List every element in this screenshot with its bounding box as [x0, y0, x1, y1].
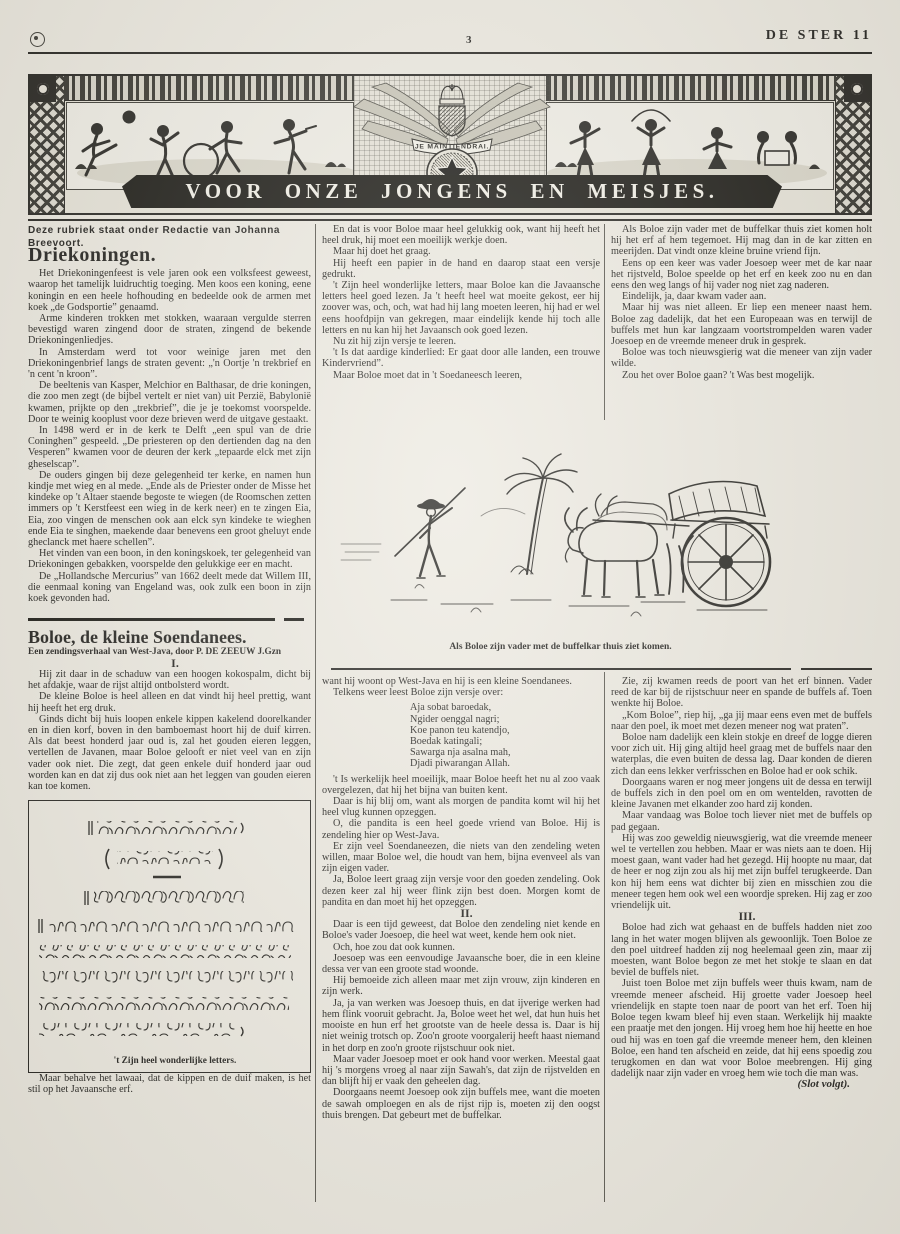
paragraph: Telkens weer leest Boloe zijn versje ove… [322, 687, 600, 698]
column-rule-right-lower [604, 672, 605, 1202]
paragraph: Daar is hij blij om, want als morgen de … [322, 796, 600, 818]
paragraph: Ja, ja van werken was Joesoep thuis, en … [322, 998, 600, 1054]
paragraph: Nu zit hij zijn versje te leeren. [322, 336, 600, 347]
masthead-title: DE STER 11 [766, 28, 872, 44]
verse-line: Koe panon teu katendjo, [410, 725, 600, 736]
paragraph: Het vinden van een boon, in den koningsk… [28, 548, 311, 570]
verse-line: Boedak katingali; [410, 736, 600, 747]
paragraph: Hij was zoo geweldig nieuwsgierig, wat d… [611, 833, 872, 911]
article-title-boloe: Boloe, de kleine Soendanees. [28, 632, 311, 643]
paragraph: In 1498 werd er in de kerk te Delft „een… [28, 425, 311, 470]
paragraph: Er zijn veel Soendaneezen, die niets van… [322, 841, 600, 875]
ornament-band-right [546, 76, 836, 101]
paragraph: Juist toen Boloe met zijn buffels weer t… [611, 978, 872, 1079]
illustration-rule [331, 668, 791, 670]
verse-line: Ngider oenggal nagri; [410, 714, 600, 725]
paragraph: Joesoep was een eenvoudige Javaansche bo… [322, 953, 600, 975]
javanese-script-box: 't Zijn heel wonderlijke letters. [28, 800, 311, 1072]
column-3-lower: Zie, zij kwamen reeds de poort van het e… [611, 676, 872, 1091]
paragraph: Eens op een keer was vader Joesoep weer … [611, 258, 872, 292]
column-mark: 3 [466, 34, 472, 46]
article-title-driekoningen: Driekoningen. [28, 250, 311, 261]
section-label-2: II. [322, 908, 600, 919]
corner-flower-icon [844, 76, 870, 102]
sundanese-verse: Aja sobat baroedak,Ngider oenggal nagri;… [410, 702, 600, 769]
column-2-upper: En dat is voor Boloe maar heel gelukkig … [322, 224, 600, 381]
paragraph: De beeltenis van Kasper, Melchior en Bal… [28, 380, 311, 425]
column-3-upper: Als Boloe zijn vader met de buffelkar th… [611, 224, 872, 381]
closing-note: (Slot volgt). [611, 1079, 872, 1090]
column-rule-right-upper [604, 224, 605, 420]
paragraph: De kleine Boloe is heel alleen en dat vi… [28, 691, 311, 713]
corner-flower-icon [30, 76, 56, 102]
section-label-1: I. [28, 658, 311, 669]
buffalo-cart-illustration [331, 424, 790, 664]
paragraph: Boloe was toch nieuwsgierig wat die mene… [611, 347, 872, 369]
verse-line: Djadi piwarangan Allah. [410, 758, 600, 769]
paragraph: Hij heeft een papier in de hand en daaro… [322, 258, 600, 280]
masthead: 3 DE STER 11 [28, 28, 872, 50]
paragraph: Doorgaans neemt Joesoep ook zijn buffels… [322, 1087, 600, 1121]
paragraph: Het Driekoningenfeest is vele jaren ook … [28, 268, 311, 313]
paragraph: En dat is voor Boloe maar heel gelukkig … [322, 224, 600, 246]
paragraph: want hij woont op West-Java en hij is ee… [322, 676, 600, 687]
paragraph: Maar hij doet het graag. [322, 246, 600, 257]
script-box-caption: 't Zijn heel wonderlijke letters. [33, 1056, 306, 1067]
column-1: Deze rubriek staat onder Redactie van Jo… [28, 224, 311, 1095]
paragraph: Ginds dicht bij huis loopen enkele kippe… [28, 714, 311, 792]
illustration-rule-end [801, 668, 872, 670]
paragraph: De „Hollandsche Mercurius” van 1662 deel… [28, 571, 311, 605]
paragraph: O, die pandita is een heel goede vriend … [322, 818, 600, 840]
paragraph: 't Zijn heel wonderlijke letters, maar B… [322, 280, 600, 336]
paragraph: Boloe had zich wat gehaast en de buffels… [611, 922, 872, 978]
banner-bottom-rule [28, 219, 872, 221]
flower-stamp-icon [30, 32, 45, 47]
section-label-3: III. [611, 911, 872, 922]
paragraph: 't Is dat aardige kinderlied: Er gaat do… [322, 347, 600, 369]
column-2-lower: want hij woont op West-Java en hij is ee… [322, 676, 600, 1121]
issue-number: 11 [853, 28, 872, 43]
paragraph: Eindelijk, ja, daar kwam vader aan. [611, 291, 872, 302]
paragraph: Hij zit daar in de schaduw van een hooge… [28, 669, 311, 691]
paper-title: DE STER [766, 28, 847, 43]
paragraph: Maar vandaag was Boloe toch liever niet … [611, 810, 872, 832]
paragraph: Maar behalve het lawaai, dat de kippen e… [28, 1073, 311, 1095]
javanese-script-drawing [33, 807, 301, 1053]
paragraph: Arme kinderen trokken met stokken, waara… [28, 313, 311, 347]
boloe-col1-body: Hij zit daar in de schaduw van een hooge… [28, 669, 311, 792]
illustration-caption: Als Boloe zijn vader met de buffelkar th… [331, 642, 790, 652]
paragraph: Och, hoe zou dat ook kunnen. [322, 942, 600, 953]
driekoningen-body: Het Driekoningenfeest is vele jaren ook … [28, 268, 311, 604]
paragraph: Zie, zij kwamen reeds de poort van het e… [611, 676, 872, 710]
paragraph: Maar Boloe moet dat in 't Soedaneesch le… [322, 370, 600, 381]
paragraph: Als Boloe zijn vader met de buffelkar th… [611, 224, 872, 258]
paragraph: Maar vader Joesoep moet er ook hand voor… [322, 1054, 600, 1088]
header-banner: JE MAINTIENDRAI. VOOR ONZE JONGENS EN ME… [28, 74, 872, 215]
verse-line: Sawarga nja asalna mah, [410, 747, 600, 758]
article-divider [28, 614, 311, 625]
paragraph: Zou het over Boloe gaan? 't Was best mog… [611, 370, 872, 381]
newspaper-page: 3 DE STER 11 [0, 0, 900, 1234]
paragraph: 't Is werkelijk heel moeilijk, maar Bolo… [322, 774, 600, 796]
ornament-band-left [64, 76, 354, 101]
paragraph: Doorgaans waren er nog meer jongens uit … [611, 777, 872, 811]
paragraph: De ouders gingen bij deze gelegenheid te… [28, 470, 311, 548]
paragraph: Hij bemoeide zich alleen maar met zijn v… [322, 975, 600, 997]
paragraph: Boloe nam dadelijk een klein stokje en d… [611, 732, 872, 777]
banner-ribbon: VOOR ONZE JONGENS EN MEISJES. [122, 175, 782, 208]
paragraph: In Amsterdam werd tot voor weinige jaren… [28, 347, 311, 381]
verse-line: Aja sobat baroedak, [410, 702, 600, 713]
paragraph: „Kom Boloe”, riep hij, „ga jij maar eens… [611, 710, 872, 732]
column-rule-left [315, 224, 316, 1202]
paragraph: Ja, Boloe leert graag zijn versje voor d… [322, 874, 600, 908]
article-subtitle: Een zendingsverhaal van West-Java, door … [28, 647, 311, 658]
paragraph: Daar is een tijd geweest, dat Boloe den … [322, 919, 600, 941]
banner-ribbon-text: VOOR ONZE JONGENS EN MEISJES. [185, 179, 718, 204]
masthead-rule [28, 52, 872, 54]
paragraph: Maar hij was niet alleen. Er liep een me… [611, 302, 872, 347]
